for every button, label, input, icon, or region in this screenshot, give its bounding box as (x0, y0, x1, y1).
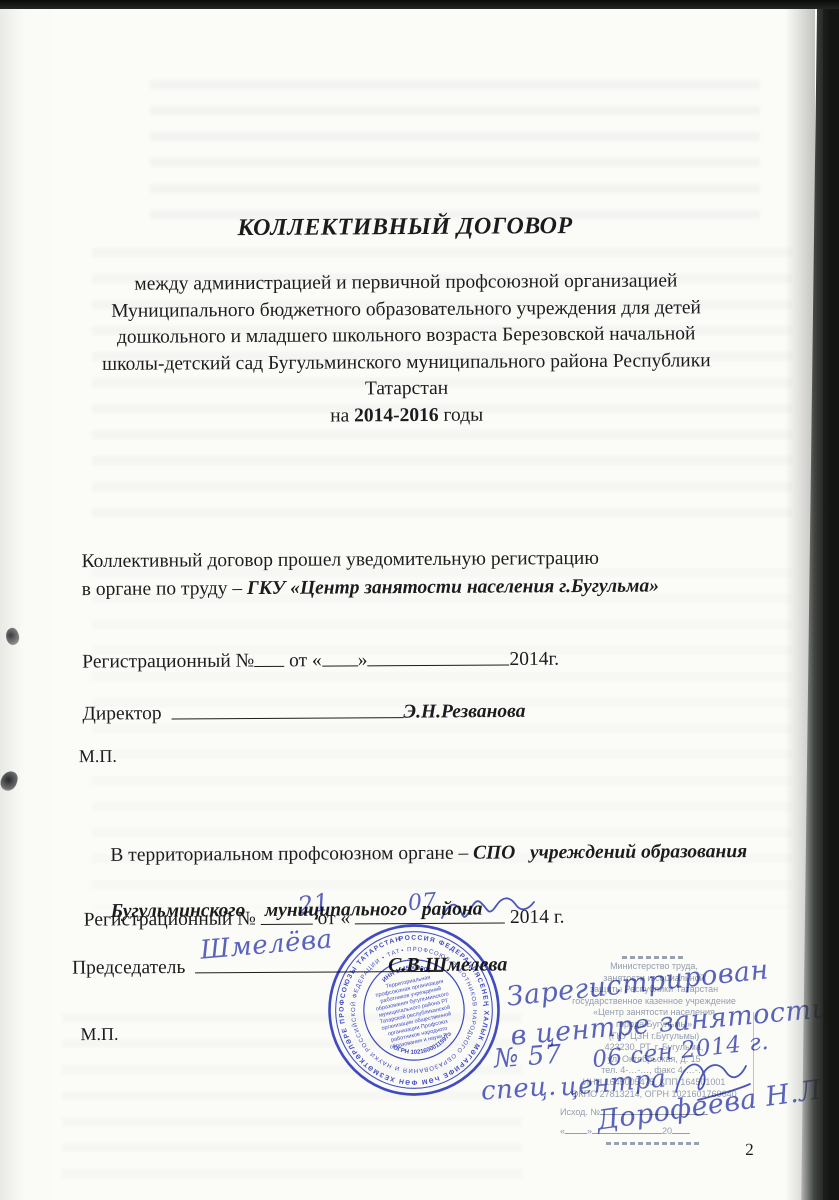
scan-edge (0, 0, 839, 9)
subtitle-line: школы-детский сад Бугульминского муницип… (56, 347, 756, 378)
period-years: 2014-2016 (354, 404, 439, 426)
notice-line: в органе по труду – ГКУ «Центр занятости… (82, 572, 782, 604)
seal-placeholder: М.П. (80, 1024, 118, 1045)
labor-org-name: ГКУ «Центр занятости населения г.Бугульм… (247, 576, 659, 600)
union-org-name: СПО учреждений образования (473, 841, 747, 864)
registration-line-labor: Регистрационный № от «»2014г. (82, 645, 559, 673)
blank-day-field (322, 646, 358, 666)
scanned-document-page: КОЛЛЕКТИВНЫЙ ДОГОВОР между администрацие… (0, 0, 839, 1200)
handwritten-note: спец. (480, 1071, 558, 1106)
director-signature-line: Директор Э.Н.Резванова (82, 697, 525, 725)
subtitle-line: дошкольного и младшего школьного возраст… (56, 321, 756, 352)
agreement-period: на 2014-2016 годы (57, 400, 757, 431)
document-subtitle: между администрацией и первичной профсою… (56, 268, 757, 431)
handwritten-note: № 57 (493, 1040, 563, 1075)
seal-placeholder: М.П. (79, 746, 117, 767)
director-name: Э.Н.Резванова (403, 701, 525, 723)
subtitle-line: между администрацией и первичной профсою… (56, 268, 756, 299)
registration-notice: Коллективный договор прошел уведомительн… (82, 544, 782, 604)
handwritten-reg-number: 21 (296, 888, 331, 920)
handwritten-scribble (438, 894, 538, 924)
document-title: КОЛЛЕКТИВНЫЙ ДОГОВОР (0, 212, 813, 244)
blank-month-field (367, 645, 509, 665)
notice-line: Коллективный договор прошел уведомительн… (82, 544, 782, 576)
paper-sheet: КОЛЛЕКТИВНЫЙ ДОГОВОР между администрацие… (0, 8, 823, 1200)
signature-blank (171, 698, 403, 719)
blank-number-field (254, 647, 284, 667)
handwritten-day: 07 (407, 889, 438, 916)
page-number: 2 (745, 1140, 754, 1160)
